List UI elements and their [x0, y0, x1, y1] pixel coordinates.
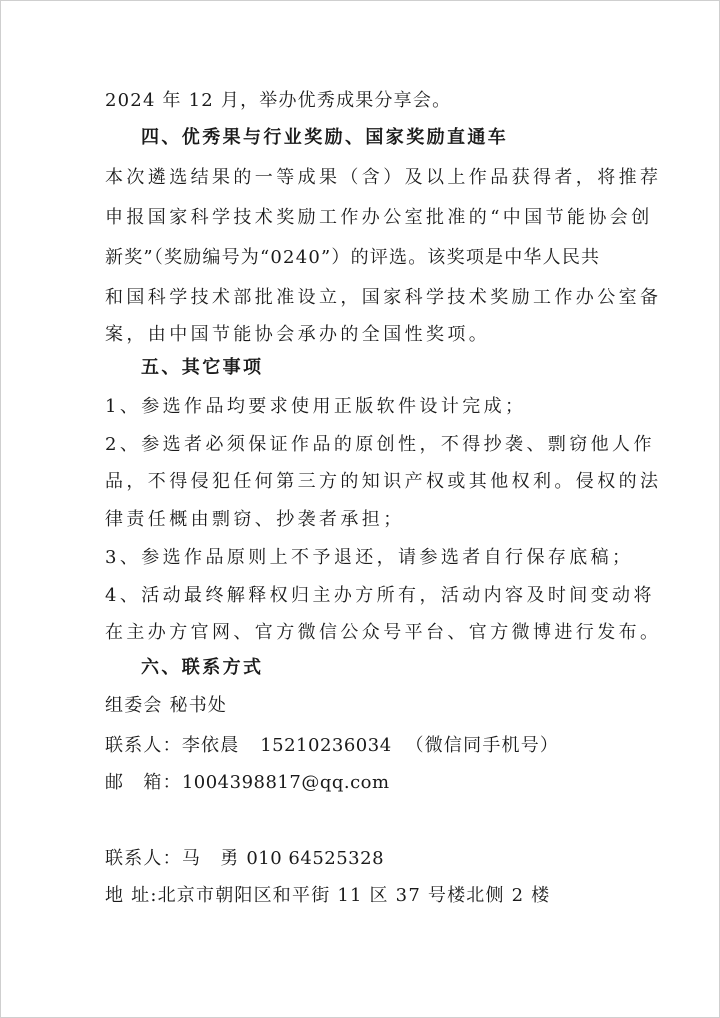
email-line: 邮 箱：1004398817@qq.com	[105, 771, 625, 795]
section5-line-2: 2、参选者必须保证作品的原创性，不得抄袭、剽窃他人作	[105, 433, 625, 457]
section4-line-3: 新奖”（奖励编号为“0240”）的评选。该奖项是中华人民共	[105, 246, 625, 270]
address-line: 地 址:北京市朝阳区和平街 11 区 37 号楼北侧 2 楼	[105, 884, 625, 908]
document-page: 2024 年 12 月，举办优秀成果分享会。 四、优秀果与行业奖励、国家奖励直通…	[0, 0, 720, 1018]
organizer-line: 组委会 秘书处	[105, 694, 625, 718]
contact1-line: 联系人：李依晨 15210236034 （微信同手机号）	[105, 734, 625, 758]
section4-heading: 四、优秀果与行业奖励、国家奖励直通车	[141, 126, 661, 150]
section4-line-1: 本次遴选结果的一等成果（含）及以上作品获得者，将推荐	[105, 166, 625, 190]
address-value: 北京市朝阳区和平街 11 区 37 号楼北侧 2 楼	[158, 885, 551, 906]
contact2-name: 马 勇	[182, 848, 240, 869]
section5-heading: 五、其它事项	[141, 356, 661, 380]
section5-line-1: 1、参选作品均要求使用正版软件设计完成；	[105, 395, 625, 419]
address-label: 地 址:	[105, 885, 158, 906]
contact1-name: 李依晨	[182, 735, 240, 756]
email-label: 邮 箱：	[105, 772, 182, 793]
section6-heading: 六、联系方式	[141, 656, 661, 680]
contact2-label: 联系人：	[105, 848, 182, 869]
section4-line-4: 和国科学技术部批准设立，国家科学技术奖励工作办公室备	[105, 286, 625, 310]
intro-line: 2024 年 12 月，举办优秀成果分享会。	[105, 89, 625, 113]
contact1-label: 联系人：	[105, 735, 182, 756]
contact2-line: 联系人：马 勇 010 64525328	[105, 847, 625, 871]
email-value: 1004398817@qq.com	[182, 772, 390, 793]
section5-line-6: 4、活动最终解释权归主办方所有，活动内容及时间变动将	[105, 584, 625, 608]
section5-line-4: 律责任概由剽窃、抄袭者承担；	[105, 508, 625, 532]
section5-line-3: 品，不得侵犯任何第三方的知识产权或其他权利。侵权的法	[105, 470, 625, 494]
section4-line-5: 案，由中国节能协会承办的全国性奖项。	[105, 323, 625, 347]
section5-line-5: 3、参选作品原则上不予退还，请参选者自行保存底稿；	[105, 546, 625, 570]
section4-line-2: 申报国家科学技术奖励工作办公室批准的“中国节能协会创	[105, 206, 625, 230]
contact1-phone: 15210236034	[260, 735, 391, 756]
section5-line-7: 在主办方官网、官方微信公众号平台、官方微博进行发布。	[105, 621, 625, 645]
contact1-note: （微信同手机号）	[406, 735, 560, 756]
contact2-phone: 010 64525328	[246, 848, 384, 869]
